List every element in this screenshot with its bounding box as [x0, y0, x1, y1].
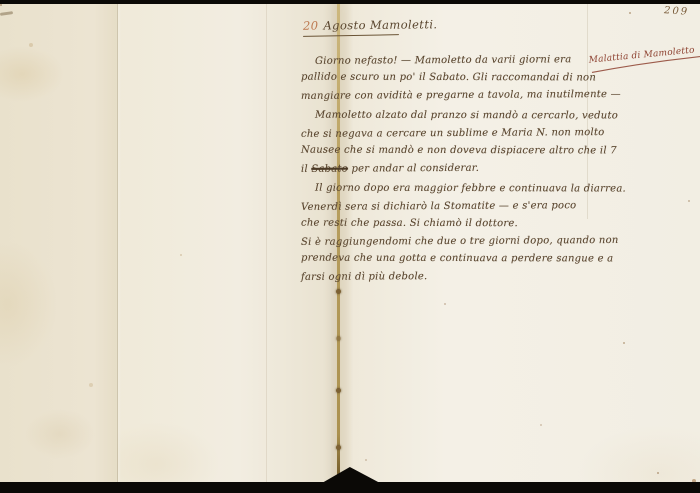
page-crease [117, 4, 118, 482]
manuscript-line: farsi ogni dì più debole. [301, 267, 597, 286]
manuscript-line: mangiare con avidità e pregarne a tavola… [301, 86, 597, 105]
page-number: 209 [664, 5, 690, 18]
entry-day-number: 20 [303, 19, 319, 33]
manuscript-photo: 209 20Agosto Mamoletti. Malattia di Mamo… [0, 0, 700, 493]
manuscript-line: Nausee che si mandò e non doveva dispiac… [301, 142, 597, 160]
stitch-dot [336, 289, 341, 294]
manuscript-line: pallido e scuro un po' il Sabato. Gli ra… [301, 69, 597, 87]
manuscript-line: Giorno nefasto! — Mamoletto da varii gio… [301, 51, 597, 70]
manuscript-line: Venerdì sera si dichiarò la Stomatite — … [301, 197, 597, 216]
left-flyleaf-page [0, 4, 117, 482]
manuscript-line: Mamoletto alzato dal pranzo si mandò a c… [301, 107, 597, 125]
manuscript-line: che si negava a cercare un sublime e Mar… [301, 124, 597, 143]
manuscript-line: Il giorno dopo era maggior febbre e cont… [301, 180, 597, 198]
manuscript-line: prendeva che una gotta e continuava a pe… [301, 250, 597, 268]
manuscript-lines: Giorno nefasto! — Mamoletto da varii gio… [301, 49, 597, 286]
manuscript-line: Si è raggiungendomi che due o tre giorni… [301, 232, 597, 251]
entry-title: Agosto Mamoletti. [323, 17, 437, 32]
manuscript-line: il Sabato per andar al considerar. [301, 159, 597, 178]
entry-heading: 20Agosto Mamoletti. [303, 17, 438, 32]
stitch-dot [336, 388, 341, 393]
page-crease [266, 4, 267, 482]
book-spread: 209 20Agosto Mamoletti. Malattia di Mamo… [0, 4, 700, 482]
stitch-dot [336, 336, 341, 341]
paper-specks [0, 4, 2, 6]
stitch-dot [336, 445, 341, 450]
photo-border-bottom [0, 482, 700, 493]
photo-border-top [0, 0, 700, 4]
manuscript-line: che resti che passa. Si chiamò il dottor… [301, 215, 597, 233]
